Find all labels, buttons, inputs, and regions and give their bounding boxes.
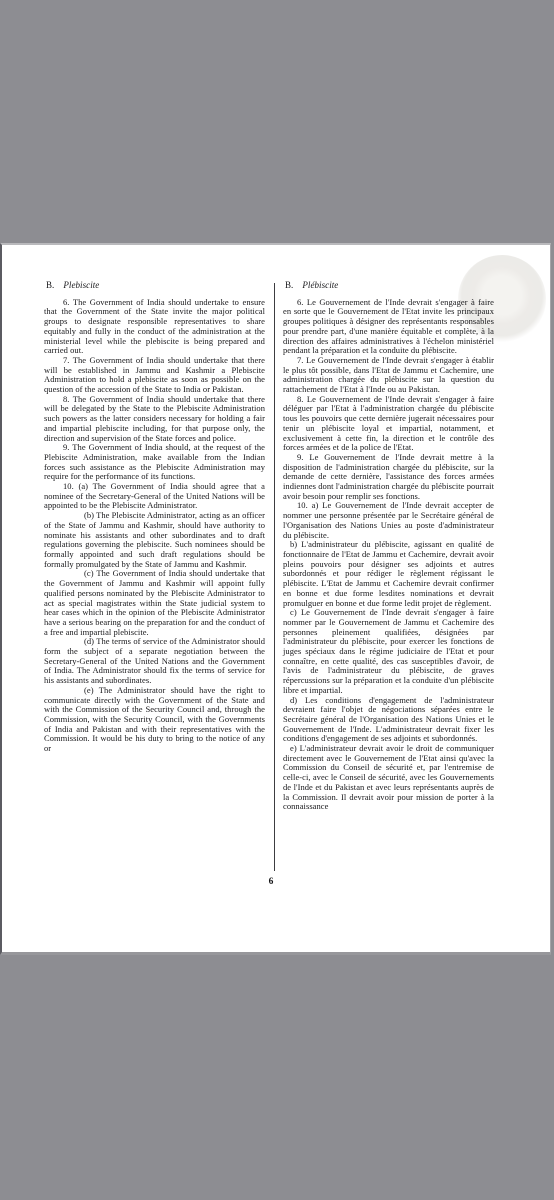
column-divider [274,283,275,871]
paragraph-fr-9: 9. Le Gouvernement de l'Inde devrait met… [283,453,494,502]
section-heading-french: B.Plébiscite [285,281,494,291]
paragraph-en-10d: (d) The terms of service of the Administ… [44,637,265,686]
paragraph-en-9: 9. The Government of India should, at th… [44,443,265,482]
paragraph-fr-6: 6. Le Gouvernement de l'Inde devrait s'e… [283,298,494,356]
page-number: 6 [264,877,278,887]
paragraph-fr-10e: e) L'administrateur devrait avoir le dro… [283,744,494,812]
paragraph-en-8: 8. The Government of India should undert… [44,395,265,444]
section-letter: B. [46,280,54,290]
paragraph-en-10a: 10. (a) The Government of India should a… [44,482,265,511]
paragraph-fr-8: 8. Le Gouvernement de l'Inde devrait s'e… [283,395,494,453]
paragraph-en-6: 6. The Government of India should undert… [44,298,265,356]
section-letter: B. [285,280,293,290]
section-heading-english: B.Plebiscite [46,281,265,291]
paragraph-en-10c: (c) The Government of India should under… [44,569,265,637]
column-english: B.Plebiscite 6. The Government of India … [44,281,265,754]
column-french: B.Plébiscite 6. Le Gouvernement de l'Ind… [283,281,494,812]
section-title: Plébiscite [302,280,338,290]
paragraph-fr-10b: b) L'administrateur du plébiscite, agiss… [283,540,494,608]
paragraph-fr-10a: 10. a) Le Gouvernement de l'Inde devrait… [283,501,494,540]
document-page: B.Plebiscite 6. The Government of India … [0,243,551,955]
paragraph-en-10b: (b) The Plebiscite Administrator, acting… [44,511,265,569]
section-title: Plebiscite [63,280,99,290]
paragraph-en-7: 7. The Government of India should undert… [44,356,265,395]
paragraph-fr-10d: d) Les conditions d'engagement de l'admi… [283,696,494,745]
paragraph-fr-7: 7. Le Gouvernement de l'Inde devrait s'e… [283,356,494,395]
paragraph-fr-10c: c) Le Gouvernement de l'Inde devrait s'e… [283,608,494,695]
paragraph-en-10e: (e) The Administrator should have the ri… [44,686,265,754]
